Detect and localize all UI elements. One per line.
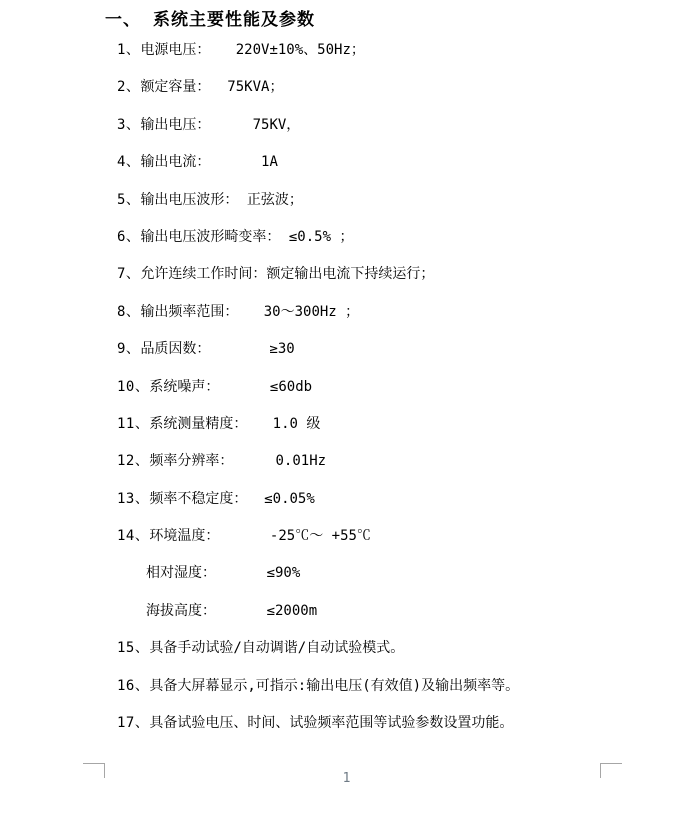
- line-label: 输出电压：: [140, 117, 210, 133]
- title-number: 一、: [105, 10, 141, 30]
- page-title: 一、系统主要性能及参数: [105, 5, 315, 30]
- line-number: 3、: [117, 117, 140, 133]
- line-label: 频率不稳定度：: [149, 491, 247, 507]
- parameter-line-12: 12、频率分辨率： 0.01Hz: [117, 443, 677, 480]
- line-number: 12、: [117, 453, 149, 469]
- line-number: 6、: [117, 229, 140, 245]
- parameter-line-10: 10、系统噪声： ≤60db: [117, 369, 677, 406]
- line-value: 75KV，: [210, 117, 300, 133]
- line-value: 正弦波；: [238, 192, 302, 208]
- line-value: 0.01Hz: [233, 453, 326, 469]
- line-value: 220V±10%、50Hz；: [210, 42, 364, 58]
- line-value: 1A: [210, 154, 277, 170]
- line-value: ≤60db: [219, 379, 312, 395]
- line-value: ≥30: [210, 341, 294, 357]
- parameter-line-17: 17、具备试验电压、时间、试验频率范围等试验参数设置功能。: [117, 705, 677, 742]
- line-value: -25℃～ +55℃: [219, 528, 371, 544]
- line-label: 输出电压波形畸变率：: [140, 229, 280, 245]
- line-label: 具备试验电压、时间、试验频率范围等试验参数设置功能。: [149, 715, 513, 731]
- title-text: 系统主要性能及参数: [153, 10, 315, 30]
- parameter-line-14: 14、环境温度： -25℃～ +55℃: [117, 518, 677, 555]
- line-label: 输出电流：: [140, 154, 210, 170]
- parameter-line-4: 4、输出电流： 1A: [117, 144, 677, 181]
- line-label: 具备手动试验/自动调谐/自动试验模式。: [149, 640, 404, 656]
- line-value: 30～300Hz ；: [238, 304, 359, 320]
- parameter-line-3: 3、输出电压： 75KV，: [117, 107, 677, 144]
- line-number: 8、: [117, 304, 140, 320]
- document-page: 一、系统主要性能及参数 1、电源电压： 220V±10%、50Hz； 2、额定容…: [0, 0, 693, 814]
- parameter-line-5: 5、输出电压波形： 正弦波；: [117, 182, 677, 219]
- line-value: ≤2000m: [216, 603, 317, 619]
- parameter-line-2: 2、额定容量： 75KVA；: [117, 69, 677, 106]
- parameter-line-7: 7、允许连续工作时间：额定输出电流下持续运行；: [117, 256, 677, 293]
- line-label: 输出电压波形：: [140, 192, 238, 208]
- line-label: 系统测量精度：: [149, 416, 247, 432]
- line-label: 系统噪声：: [149, 379, 219, 395]
- line-label: 环境温度：: [149, 528, 219, 544]
- parameter-line-16: 16、具备大屏幕显示,可指示:输出电压(有效值)及输出频率等。: [117, 668, 677, 705]
- line-value: ≤0.05%: [247, 491, 314, 507]
- page-number: 1: [0, 771, 693, 786]
- parameter-line-altitude: 海拔高度： ≤2000m: [117, 593, 677, 630]
- line-label: 具备大屏幕显示,可指示:输出电压(有效值)及输出频率等。: [149, 678, 519, 694]
- line-number: 4、: [117, 154, 140, 170]
- line-label: 频率分辨率：: [149, 453, 233, 469]
- parameter-line-15: 15、具备手动试验/自动调谐/自动试验模式。: [117, 630, 677, 667]
- line-value: 75KVA；: [210, 79, 283, 95]
- line-label: 电源电压：: [140, 42, 210, 58]
- parameter-line-1: 1、电源电压： 220V±10%、50Hz；: [117, 32, 677, 69]
- parameter-line-9: 9、品质因数： ≥30: [117, 331, 677, 368]
- line-number: 9、: [117, 341, 140, 357]
- parameter-line-11: 11、系统测量精度： 1.0 级: [117, 406, 677, 443]
- line-number: 1、: [117, 42, 140, 58]
- line-number: 16、: [117, 678, 149, 694]
- line-value: 1.0 级: [247, 416, 320, 432]
- line-label: 海拔高度：: [146, 603, 216, 619]
- line-number: 13、: [117, 491, 149, 507]
- line-label: 品质因数：: [140, 341, 210, 357]
- parameter-line-humidity: 相对湿度： ≤90%: [117, 555, 677, 592]
- line-label: 相对湿度：: [146, 565, 216, 581]
- line-label: 输出频率范围：: [140, 304, 238, 320]
- line-value: ≤0.5% ；: [280, 229, 353, 245]
- parameter-line-8: 8、输出频率范围： 30～300Hz ；: [117, 294, 677, 331]
- line-number: 2、: [117, 79, 140, 95]
- line-value: ≤90%: [216, 565, 300, 581]
- parameter-line-6: 6、输出电压波形畸变率： ≤0.5% ；: [117, 219, 677, 256]
- parameter-line-13: 13、频率不稳定度： ≤0.05%: [117, 481, 677, 518]
- line-label: 额定容量：: [140, 79, 210, 95]
- line-number: 17、: [117, 715, 149, 731]
- line-number: 11、: [117, 416, 149, 432]
- parameter-list: 1、电源电压： 220V±10%、50Hz； 2、额定容量： 75KVA； 3、…: [117, 32, 677, 742]
- line-number: 10、: [117, 379, 149, 395]
- line-number: 7、: [117, 266, 140, 282]
- line-label: 允许连续工作时间：: [140, 266, 266, 282]
- line-number: 15、: [117, 640, 149, 656]
- line-value: 额定输出电流下持续运行；: [266, 266, 434, 282]
- line-number: 5、: [117, 192, 140, 208]
- line-number: 14、: [117, 528, 149, 544]
